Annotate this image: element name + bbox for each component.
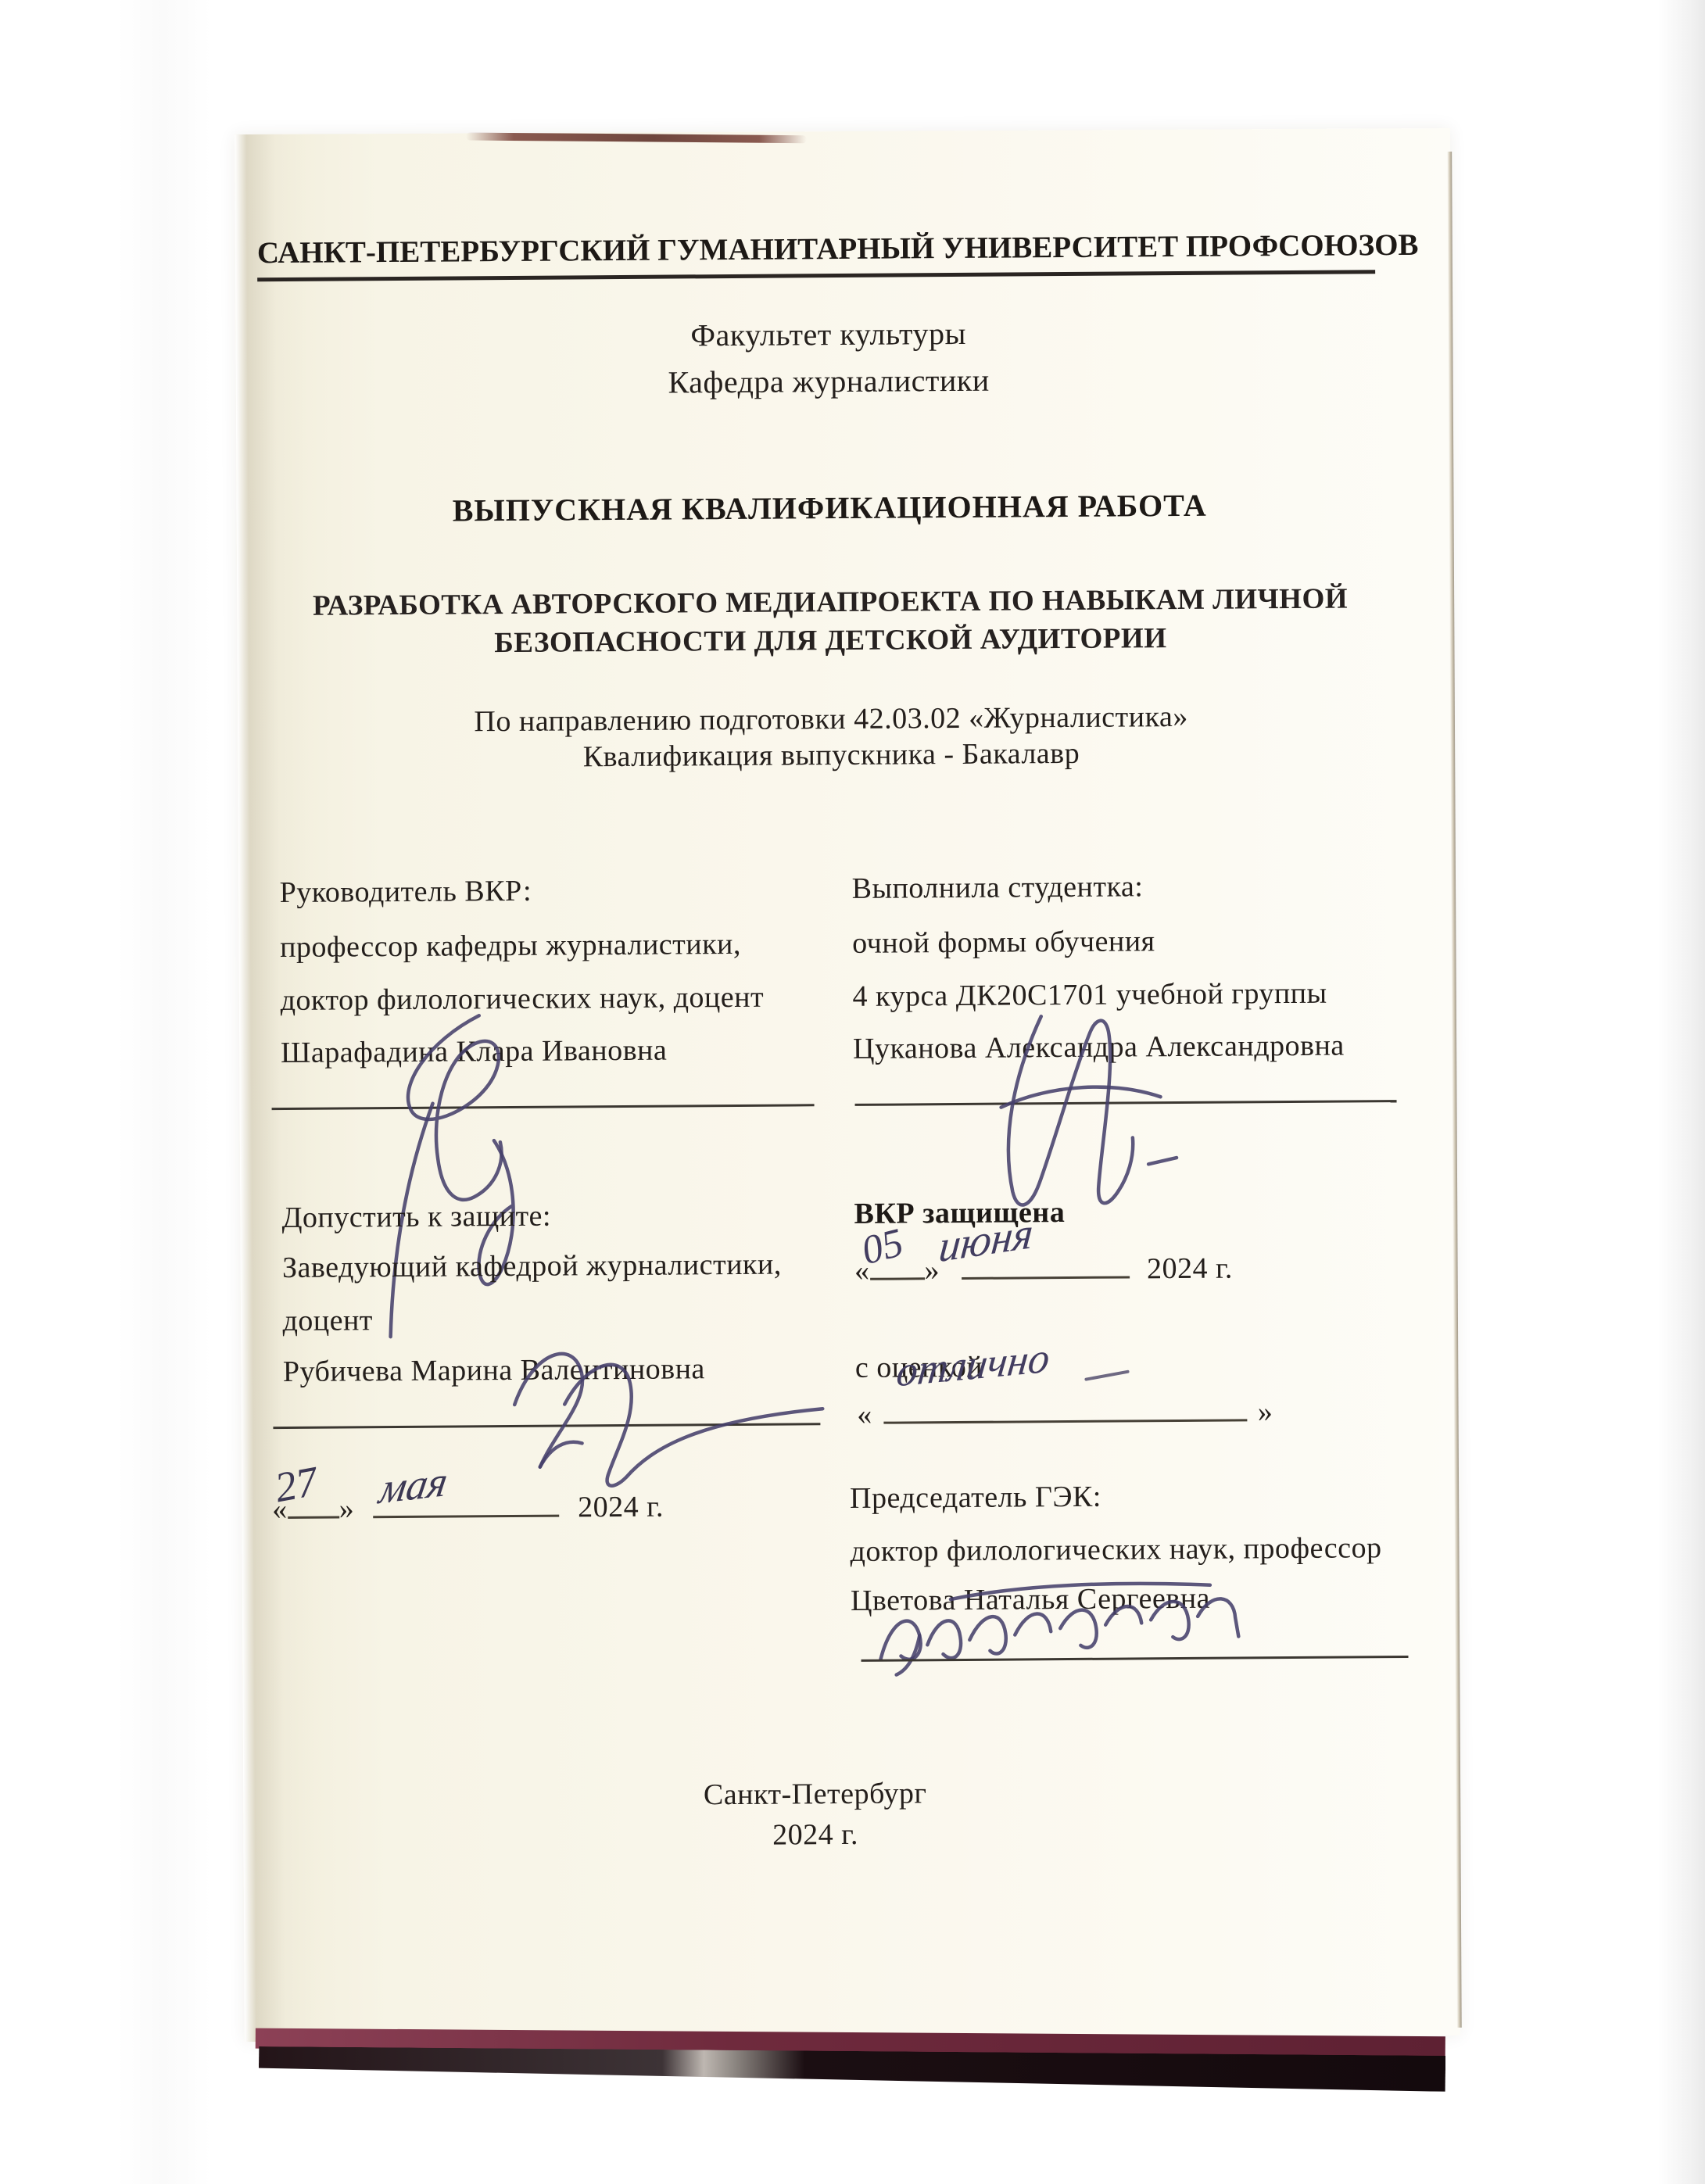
city-name: Санкт-Петербург [245, 1773, 1386, 1815]
supervisor-signature [313, 1007, 629, 1345]
admission-year: 2024 г. [578, 1491, 664, 1524]
university-header: САНКТ-ПЕТЕРБУРГСКИЙ ГУМАНИТАРНЫЙ УНИВЕРС… [257, 227, 1375, 281]
admission-position2: доцент [282, 1303, 373, 1338]
admission-date-row: «»2024 г. [272, 1483, 664, 1527]
chairman-signature [857, 1570, 1264, 1679]
defense-year: 2024 г. [1147, 1252, 1233, 1286]
chairman-label: Председатель ГЭК: [850, 1480, 1101, 1516]
thesis-title-line2: БЕЗОПАСНОСТИ ДЛЯ ДЕТСКОЙ АУДИТОРИИ [494, 622, 1166, 659]
scanned-document-canvas: САНКТ-ПЕТЕРБУРГСКИЙ ГУМАНИТАРНЫЙ УНИВЕРС… [0, 0, 1705, 2184]
program-line: По направлению подготовки 42.03.02 «Журн… [237, 698, 1425, 741]
scan-page: САНКТ-ПЕТЕРБУРГСКИЙ ГУМАНИТАРНЫЙ УНИВЕРС… [235, 128, 1460, 2042]
chairman-degree: доктор филологических наук, профессор [850, 1531, 1381, 1569]
ink-stray-dash [1084, 1369, 1130, 1380]
student-form: очной формы обучения [852, 924, 1155, 961]
work-type-title: ВЫПУСКНАЯ КВАЛИФИКАЦИОННАЯ РАБОТА [235, 485, 1424, 531]
admission-day-handwritten: 27 [271, 1457, 321, 1513]
page-content: САНКТ-ПЕТЕРБУРГСКИЙ ГУМАНИТАРНЫЙ УНИВЕРС… [233, 127, 1462, 2043]
faculty-name: Факультет культуры [235, 312, 1423, 357]
supervisor-position: профессор кафедры журналистики, [280, 927, 741, 965]
department-name: Кафедра журналистики [235, 359, 1423, 404]
supervisor-label: Руководитель ВКР: [279, 874, 532, 910]
scanner-artifact-band [117, 0, 211, 2184]
defense-date-row: «»2024 г. [854, 1244, 1233, 1288]
admission-month-handwritten: мая [376, 1456, 452, 1513]
thesis-title: РАЗРАБОТКА АВТОРСКОГО МЕДИАПРОЕКТА ПО НА… [236, 579, 1425, 664]
scanner-right-shadow [1658, 0, 1705, 2184]
admission-signature [464, 1326, 833, 1492]
year-line: 2024 г. [245, 1813, 1386, 1856]
student-signature [965, 979, 1194, 1231]
qualification-line: Квалификация выпускника - Бакалавр [237, 734, 1425, 777]
thesis-title-line1: РАЗРАБОТКА АВТОРСКОГО МЕДИАПРОЕКТА ПО НА… [313, 582, 1348, 621]
admission-close-quote: » [339, 1492, 355, 1525]
admission-position1: Заведующий кафедрой журналистики, [282, 1248, 782, 1285]
student-label: Выполнила студентка: [851, 869, 1143, 906]
grade-open-quote: « [857, 1398, 872, 1431]
admission-label: Допустить к защите: [281, 1199, 551, 1235]
grade-close-quote: » [1258, 1395, 1273, 1428]
